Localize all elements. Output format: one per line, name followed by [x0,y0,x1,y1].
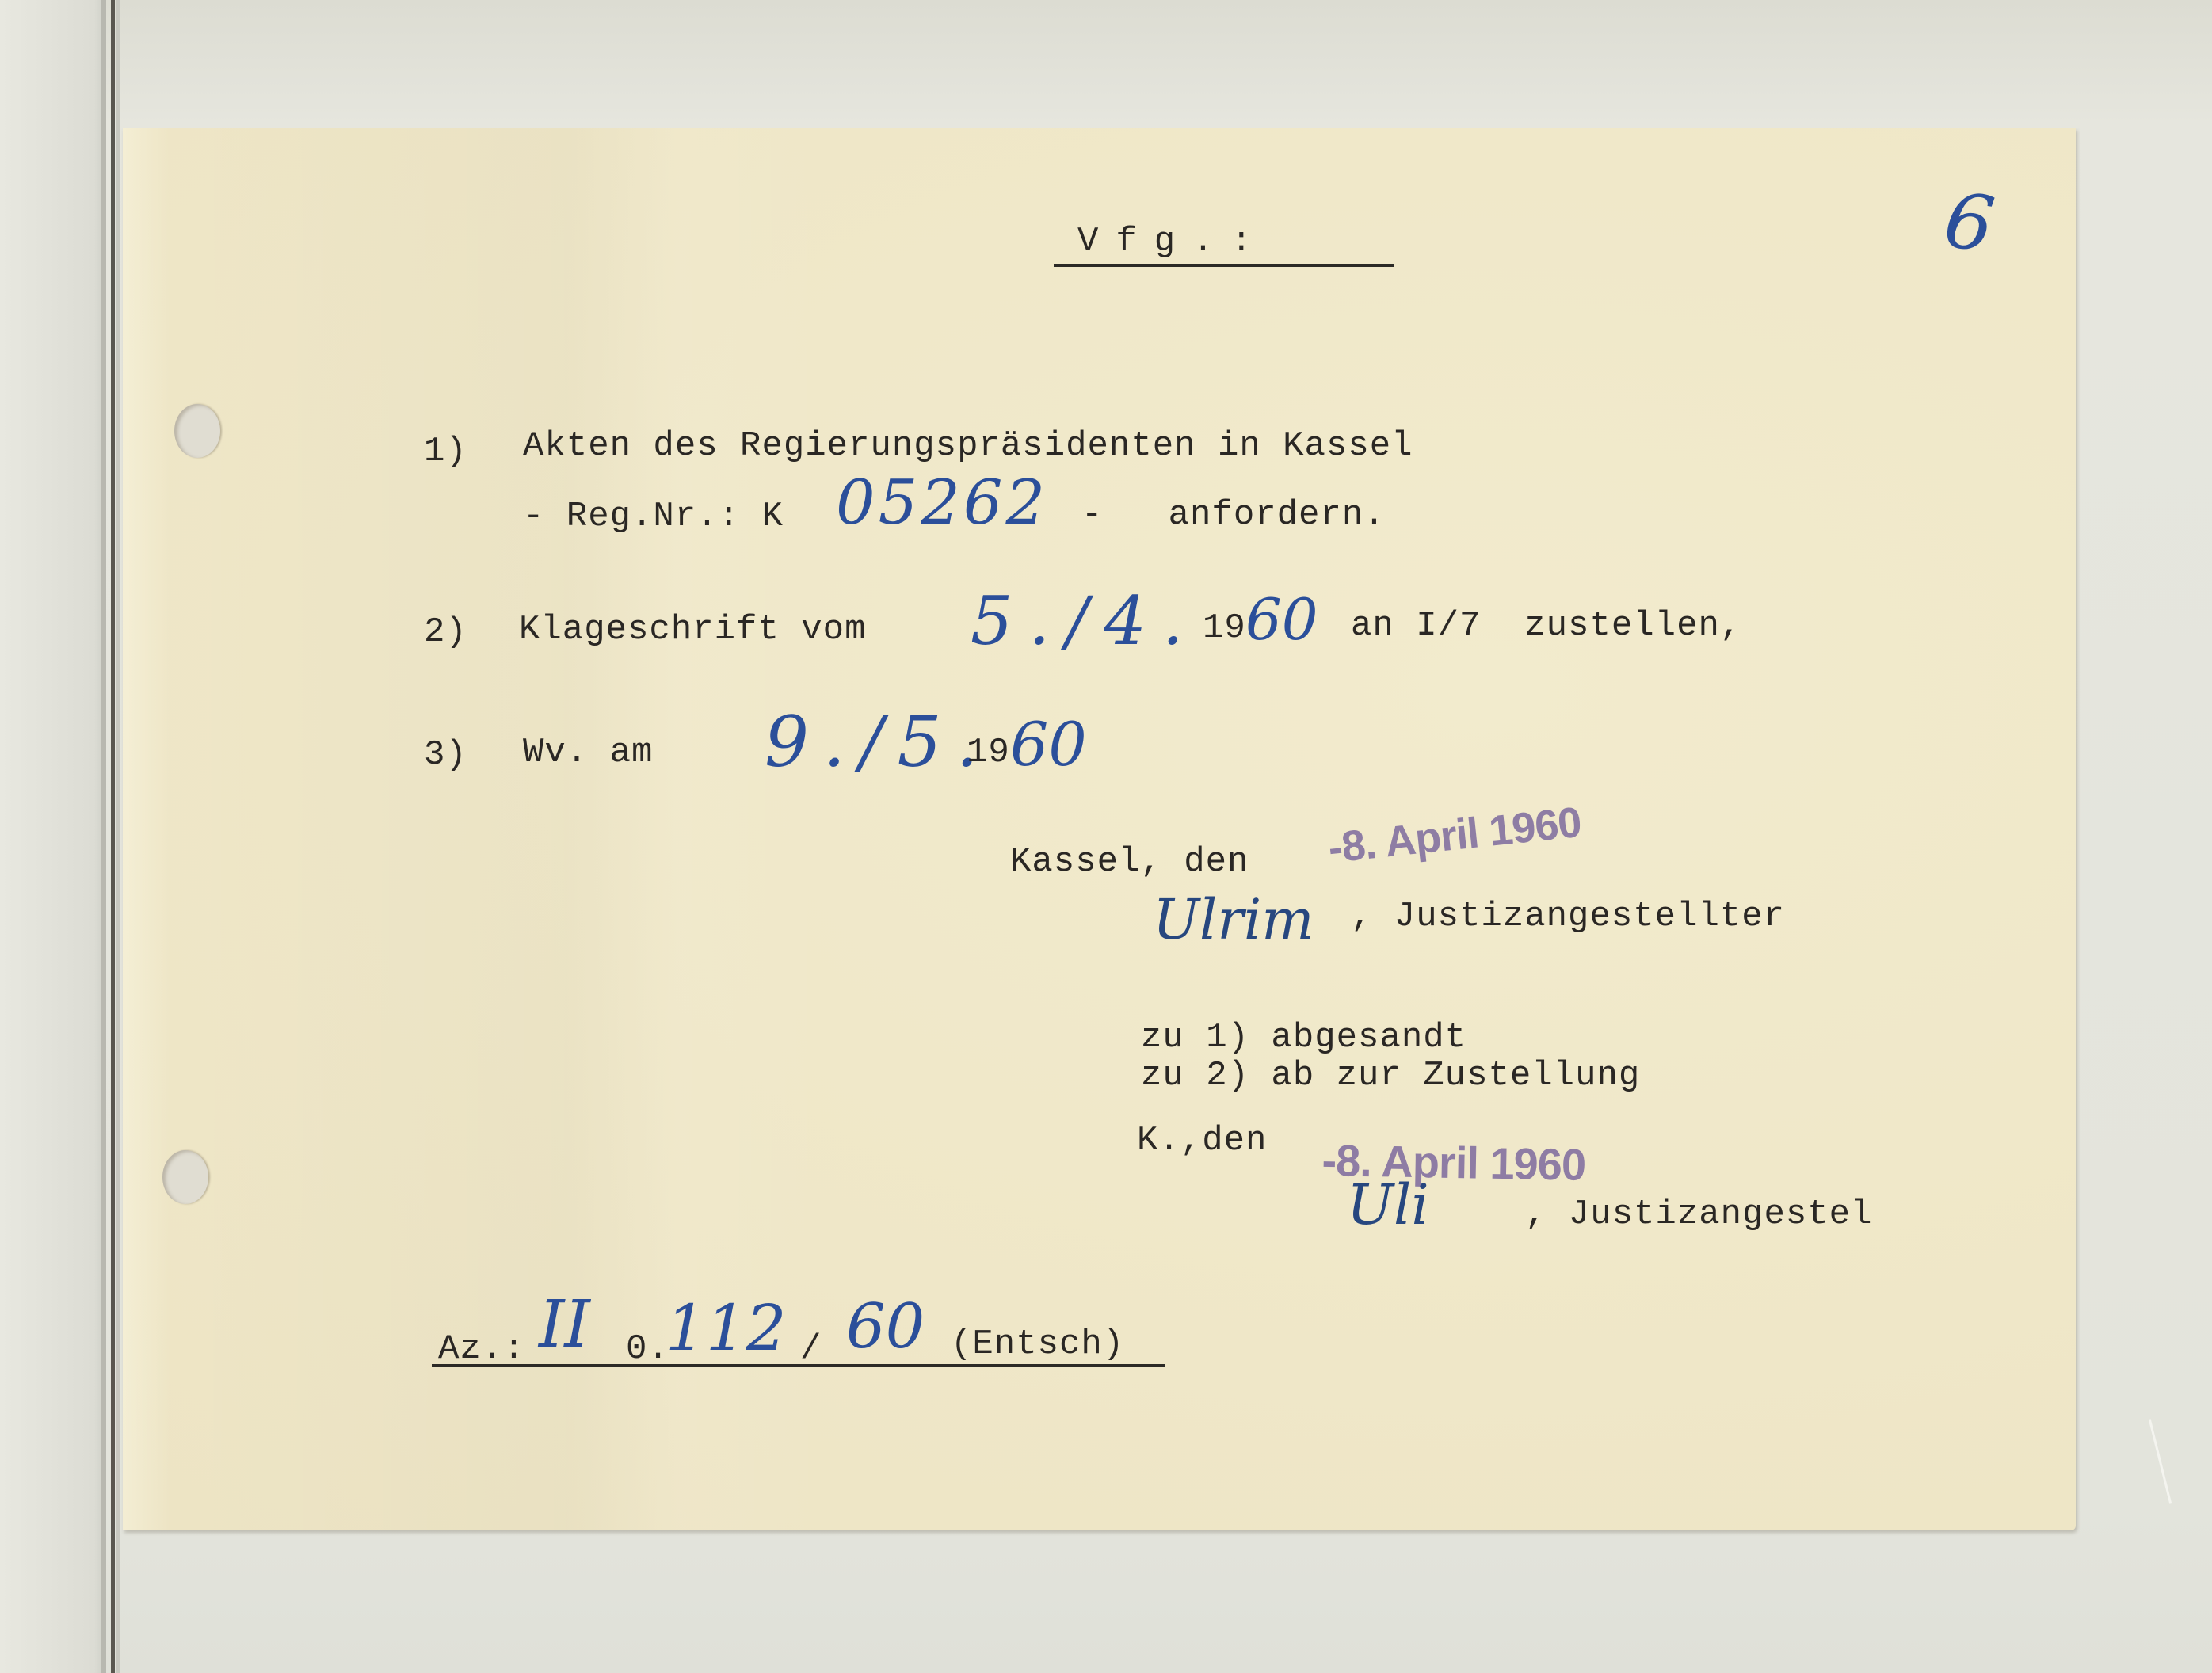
document-page [123,128,2076,1530]
reference-suffix: (Entsch) [951,1324,1124,1364]
item-1-line1: Akten des Regierungspräsidenten in Kasse… [523,426,1413,466]
item-3-number: 3) [424,735,467,775]
place-date-label-2: K.,den [1137,1121,1267,1160]
reference-typed-mid: 0. [626,1329,669,1369]
reference-year-handwritten: 60 [846,1291,925,1362]
reference-label: Az.: [438,1329,525,1369]
punch-hole-top [174,404,220,458]
item-2-suffix: an I/7 zustellen, [1351,606,1741,646]
item-2-prefix: Klageschrift vom [519,610,866,650]
reference-number-handwritten: 112 [666,1291,787,1365]
item-3-year-typed: 19 [967,733,1010,772]
item-3-prefix: Wv. am [523,733,653,772]
dispatch-note-2: zu 2) ab zur Zustellung [1141,1056,1640,1096]
item-1-number: 1) [424,432,467,471]
document-title: Vfg.: [1077,222,1269,261]
reference-slash: / [800,1329,822,1369]
item-2-date-handwritten: 5./4. [971,582,1199,660]
binder-edge [111,0,115,1673]
item-2-year-handwritten: 60 [1245,586,1318,653]
signature-1: Ulrim [1153,887,1314,952]
item-2-number: 2) [424,612,467,652]
item-1-line2-prefix: - Reg.Nr.: K [523,497,784,536]
signature-2: Uli [1347,1172,1429,1237]
item-1-line2-suffix: - anfordern. [1081,495,1386,535]
binder-edge [116,0,120,1673]
binder-edge [101,0,106,1673]
role-1: , Justizangestellter [1351,897,1785,936]
reference-underline [432,1364,1165,1367]
binder-margin [0,0,105,1673]
item-3-year-handwritten: 60 [1010,709,1087,779]
dispatch-note-1: zu 1) abgesandt [1141,1018,1466,1058]
title-underline [1054,264,1394,267]
place-date-label-1: Kassel, den [1010,842,1249,882]
item-2-year-typed: 19 [1203,608,1246,648]
item-1-reg-number-handwritten: 05262 [836,467,1048,539]
item-3-date-handwritten: 9./5. [765,701,993,783]
reference-roman-handwritten: II [539,1287,590,1362]
role-2: , Justizangestel [1525,1195,1872,1234]
punch-hole-bottom [162,1150,208,1204]
